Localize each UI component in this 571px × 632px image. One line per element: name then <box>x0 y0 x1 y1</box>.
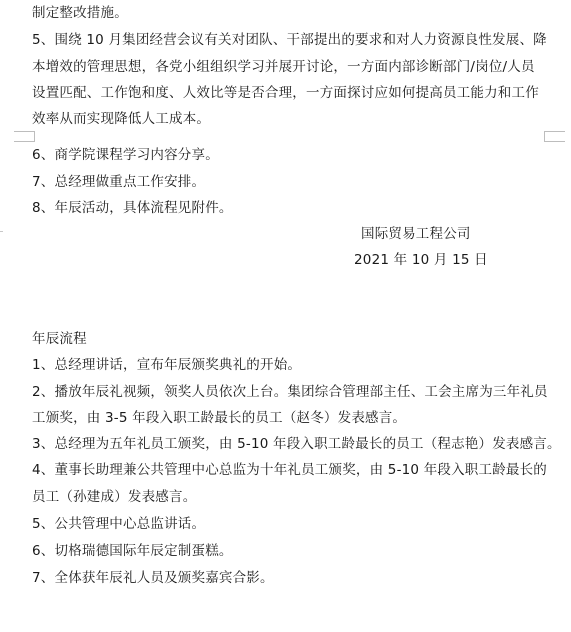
list-item: 3、总经理为五年礼员工颁奖，由 5-10 年段入职工龄最长的员工（程志艳）发表感… <box>32 435 561 453</box>
list-item: 7、全体获年辰礼人员及颁奖嘉宾合影。 <box>32 569 274 587</box>
text-line: 5、围绕 10 月集团经营会议有关对团队、干部提出的要求和对人力资源良性发展、降 <box>32 31 547 49</box>
signature-company: 国际贸易工程公司 <box>361 225 471 243</box>
right-margin-marker <box>544 131 565 142</box>
text-line: 设置匹配、工作饱和度、人效比等是否合理，一方面探讨应如何提高员工能力和工作 <box>32 84 539 102</box>
list-item: 1、总经理讲话，宣布年辰颁奖典礼的开始。 <box>32 356 301 374</box>
section-title: 年辰流程 <box>32 330 87 348</box>
list-item: 6、切格瑞德国际年辰定制蛋糕。 <box>32 542 233 560</box>
signature-date: 2021 年 10 月 15 日 <box>354 251 488 269</box>
text-line: 本增效的管理思想，各党小组组织学习并展开讨论，一方面内部诊断部门/岗位/人员 <box>32 58 535 76</box>
text-line: 效率从而实现降低人工成本。 <box>32 110 210 128</box>
list-item: 4、董事长助理兼公共管理中心总监为十年礼员工颁奖，由 5-10 年段入职工龄最长… <box>32 461 547 479</box>
list-item: 8、年辰活动，具体流程见附件。 <box>32 199 233 217</box>
text-line: 员工（孙建成）发表感言。 <box>32 488 196 506</box>
list-item: 5、公共管理中心总监讲话。 <box>32 515 205 533</box>
edge-artifact <box>0 231 3 232</box>
list-item: 2、播放年辰礼视频，领奖人员依次上台。集团综合管理部主任、工会主席为三年礼员 <box>32 383 548 401</box>
list-item: 7、总经理做重点工作安排。 <box>32 173 205 191</box>
document-page: 制定整改措施。 5、围绕 10 月集团经营会议有关对团队、干部提出的要求和对人力… <box>0 0 571 632</box>
left-margin-marker <box>14 131 35 142</box>
list-item: 6、商学院课程学习内容分享。 <box>32 146 219 164</box>
text-line: 工颁奖，由 3-5 年段入职工龄最长的员工（赵冬）发表感言。 <box>32 409 406 427</box>
text-line: 制定整改措施。 <box>32 4 128 22</box>
